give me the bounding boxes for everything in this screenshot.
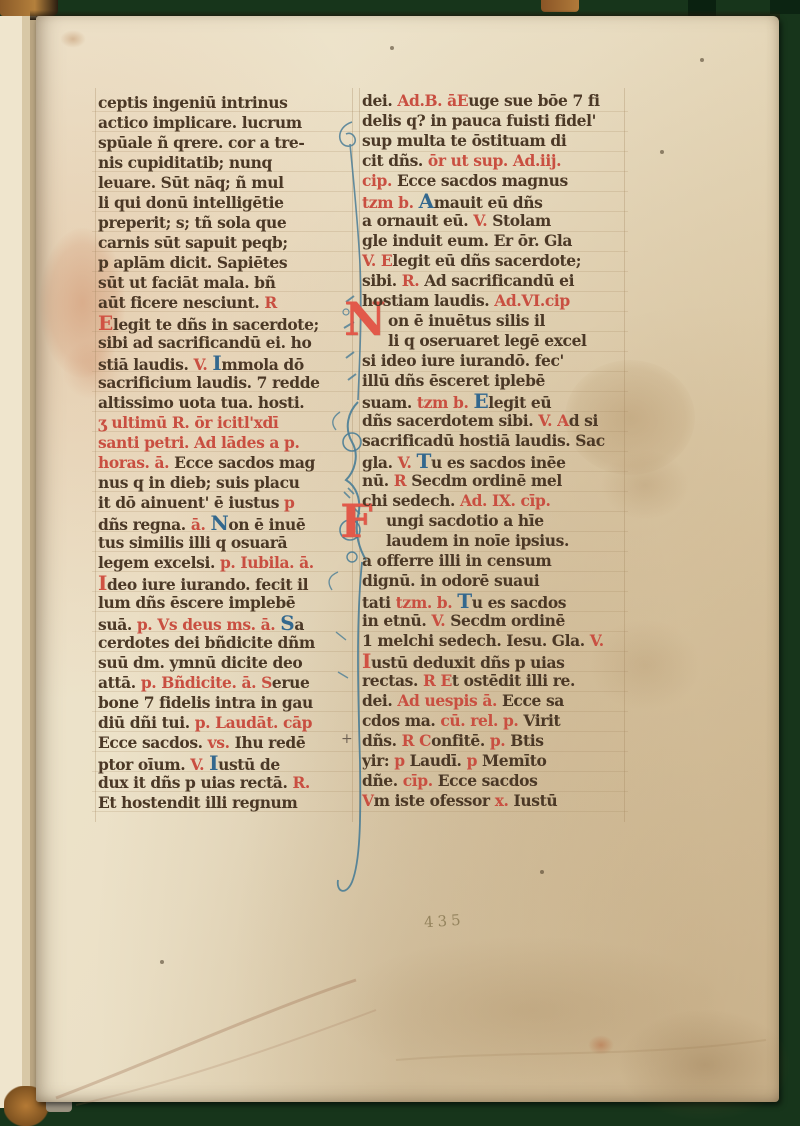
manuscript-line: lum dñs ēscere implebē — [98, 593, 360, 613]
speck — [540, 870, 544, 874]
manuscript-line: legem excelsi. p. Iubila. ā. — [98, 553, 360, 573]
speck — [390, 46, 394, 50]
manuscript-line: dñe. cīp. Ecce sacdos — [362, 771, 624, 791]
manuscript-line: cerdotes dei bñdicite dñm — [98, 633, 360, 653]
manuscript-line: dñs regna. ā. Non ē inuē — [98, 513, 360, 533]
speck — [660, 150, 664, 154]
manuscript-line: sacrificium laudis. 7 redde — [98, 373, 360, 393]
manuscript-line: dñs sacerdotem sibi. V. Ad si — [362, 411, 624, 431]
manuscript-line: nis cupiditatib; nunq — [98, 153, 360, 173]
column-guide-line — [624, 88, 625, 822]
manuscript-line: suā. p. Vs deus ms. ā. Sa — [98, 613, 360, 633]
manuscript-line: santi petri. Ad lādes a p. — [98, 433, 360, 453]
manuscript-line: in etnū. V. Secdm ordinē — [362, 611, 624, 631]
text-column-right: dei. Ad.B. āEuge sue bōe 7 fidelis q? in… — [362, 91, 624, 811]
manuscript-line: hostiam laudis. Ad.VI.cip — [362, 291, 624, 311]
manuscript-line: ungi sacdotio a hīe — [362, 511, 624, 531]
manuscript-line: si ideo iure iurandō. fec' — [362, 351, 624, 371]
manuscript-line: sibi. R. Ad sacrificandū ei — [362, 271, 624, 291]
manuscript-line: a ornauit eū. V. Stolam — [362, 211, 624, 231]
manuscript-line: spūale ñ qrere. cor a tre- — [98, 133, 360, 153]
manuscript-line: dei. Ad.B. āEuge sue bōe 7 fi — [362, 91, 624, 111]
manuscript-line: actico implicare. lucrum — [98, 113, 360, 133]
manuscript-line: preperit; s; tñ sola que — [98, 213, 360, 233]
manuscript-line: illū dñs ēsceret iplebē — [362, 371, 624, 391]
manuscript-line: aūt ficere nesciunt. R — [98, 293, 360, 313]
speck — [700, 58, 704, 62]
manuscript-line: tati tzm. b. Tu es sacdos — [362, 591, 624, 611]
manuscript-line: dñs. R Confitē. p. Btis — [362, 731, 624, 751]
column-guide-line — [95, 88, 96, 822]
manuscript-line: leuare. Sūt nāq; ñ mul — [98, 173, 360, 193]
manuscript-line: cip. Ecce sacdos magnus — [362, 171, 624, 191]
manuscript-line: sūt ut faciāt mala. bñ — [98, 273, 360, 293]
manuscript-line: carnis sūt sapuit peqb; — [98, 233, 360, 253]
manuscript-line: on ē inuētus silis il — [362, 311, 624, 331]
manuscript-line: 1 melchi sedech. Iesu. Gla. V. — [362, 631, 624, 651]
manuscript-line: bone 7 fidelis intra in gau — [98, 693, 360, 713]
manuscript-line: cit dñs. ōr ut sup. Ad.iij. — [362, 151, 624, 171]
photograph-background: { "page": { "folio_number": "435", "colo… — [0, 0, 800, 1126]
manuscript-line: Elegit te dñs in sacerdote; — [98, 313, 360, 333]
manuscript-line: dei. Ad uespis ā. Ecce sa — [362, 691, 624, 711]
manuscript-line: sibi ad sacrificandū ei. ho — [98, 333, 360, 353]
manuscript-line: ceptis ingeniū intrinus — [98, 93, 360, 113]
manuscript-line: li q oseruaret legē excel — [362, 331, 624, 351]
manuscript-line: sacrificadū hostiā laudis. Sac — [362, 431, 624, 451]
manuscript-line: Iustū deduxit dñs p uias — [362, 651, 624, 671]
manuscript-line: V. Elegit eū dñs sacerdote; — [362, 251, 624, 271]
manuscript-line: tzm b. Amauit eū dñs — [362, 191, 624, 211]
speck — [160, 960, 164, 964]
manuscript-line: laudem in noīe ipsius. — [362, 531, 624, 551]
manuscript-line: sup multa te ōstituam di — [362, 131, 624, 151]
margin-cross-mark: + — [341, 731, 353, 747]
manuscript-line: Et hostendit illi regnum — [98, 793, 360, 813]
manuscript-line: ptor oīum. V. Iustū de — [98, 753, 360, 773]
manuscript-line: attā. p. Bñdicite. ā. Serue — [98, 673, 360, 693]
text-column-left: ceptis ingeniū intrinusactico implicare.… — [98, 93, 360, 813]
manuscript-line: ʒ ultimū R. ōr icitl'xdī — [98, 413, 360, 433]
manuscript-line: nū. R Secdm ordinē mel — [362, 471, 624, 491]
manuscript-line: Vm iste ofessor x. Iustū — [362, 791, 624, 811]
underlying-page-edges — [0, 16, 40, 1108]
manuscript-line: it dō ainuent' ē iustus p — [98, 493, 360, 513]
manuscript-line: diū dñi tui. p. Laudāt. cāp — [98, 713, 360, 733]
manuscript-line: gla. V. Tu es sacdos inēe — [362, 451, 624, 471]
folio-number: 435 — [423, 911, 465, 932]
manuscript-line: altissimo uota tua. hosti. — [98, 393, 360, 413]
manuscript-line: delis q? in pauca fuisti fidel' — [362, 111, 624, 131]
manuscript-line: cdos ma. cū. rel. p. Virit — [362, 711, 624, 731]
manuscript-line: gle induit eum. Er ōr. Gla — [362, 231, 624, 251]
manuscript-line: nus q in dieb; suis placu — [98, 473, 360, 493]
manuscript-line: rectas. R Et ostēdit illi re. — [362, 671, 624, 691]
manuscript-line: yir: p Laudī. p Memīto — [362, 751, 624, 771]
manuscript-line: Ideo iure iurando. fecit il — [98, 573, 360, 593]
manuscript-line: stiā laudis. V. Immola dō — [98, 353, 360, 373]
manuscript-line: p aplām dicit. Sapiētes — [98, 253, 360, 273]
manuscript-line: dignū. in odorē suaui — [362, 571, 624, 591]
manuscript-line: li qui donū intelligētie — [98, 193, 360, 213]
manuscript-line: tus similis illi q osuarā — [98, 533, 360, 553]
manuscript-line: horas. ā. Ecce sacdos mag — [98, 453, 360, 473]
manuscript-line: suam. tzm b. Elegit eū — [362, 391, 624, 411]
manuscript-line: a offerre illi in censum — [362, 551, 624, 571]
manuscript-line: Ecce sacdos. vs. Ihu redē — [98, 733, 360, 753]
manuscript-line: suū dm. ymnū dicite deo — [98, 653, 360, 673]
manuscript-line: chi sedech. Ad. IX. cīp. — [362, 491, 624, 511]
manuscript-line: dux it dñs p uias rectā. R. — [98, 773, 360, 793]
